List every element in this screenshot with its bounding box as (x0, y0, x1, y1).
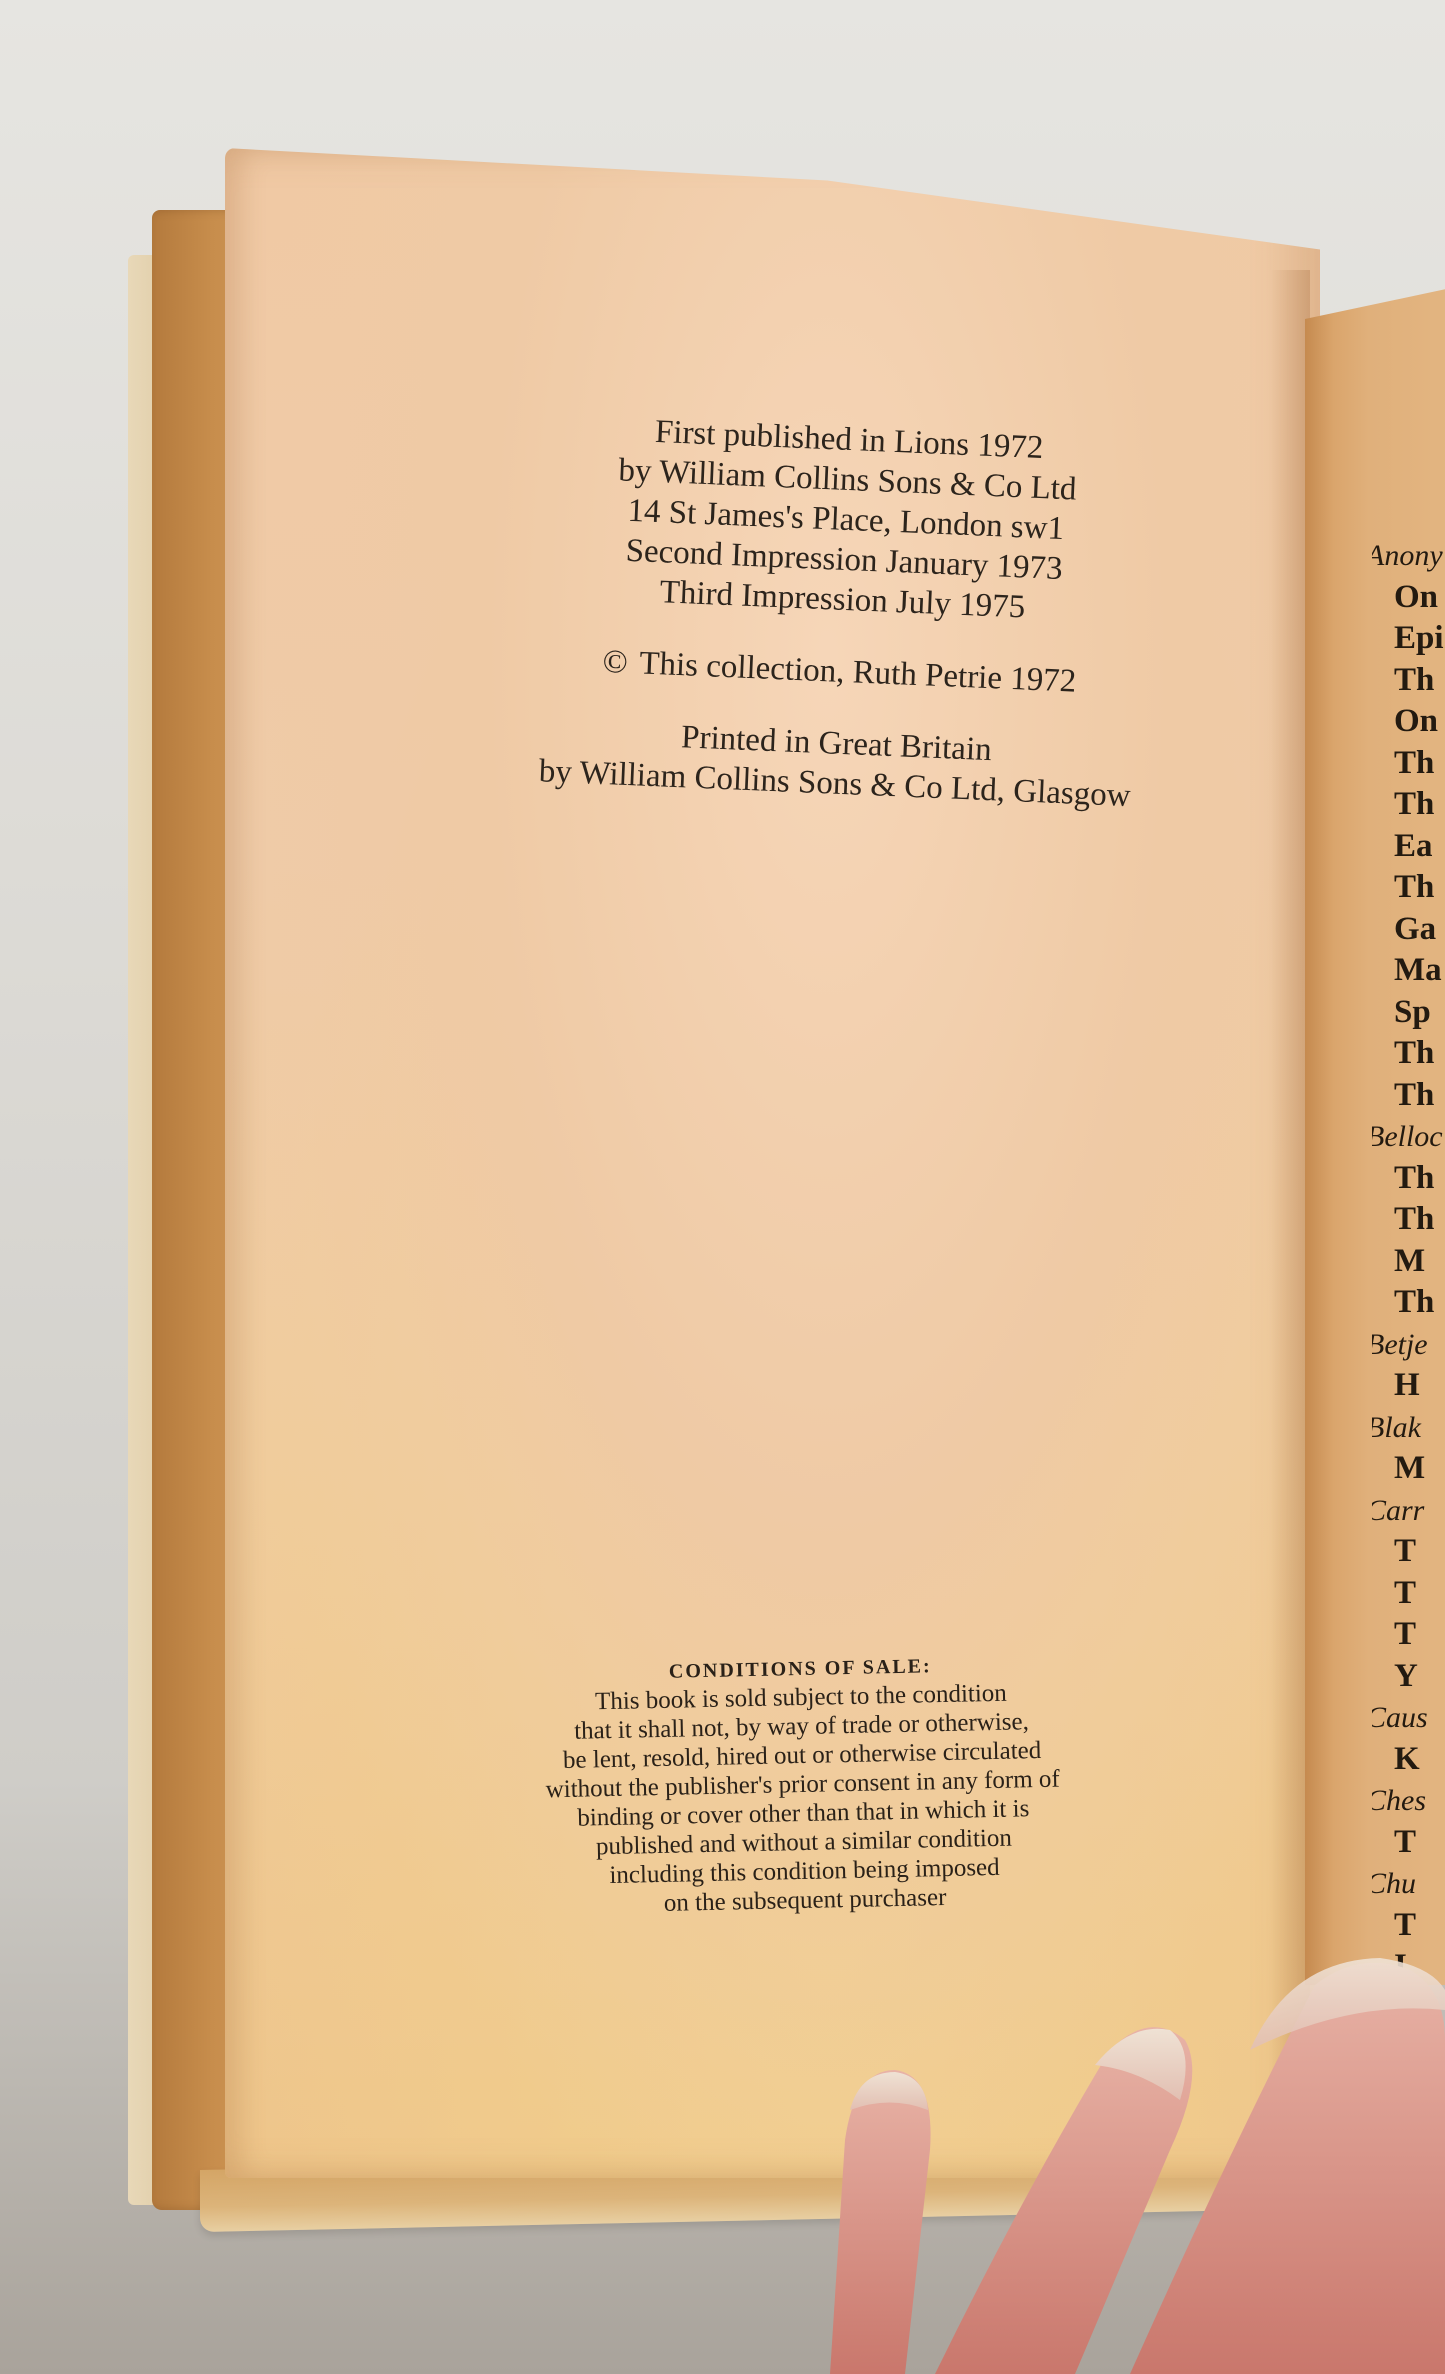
index-title: T (1394, 1614, 1445, 1656)
index-title: Th (1394, 1199, 1445, 1241)
index-title: Th (1394, 743, 1445, 785)
index-title: Th (1394, 1075, 1445, 1117)
index-title: Th (1394, 867, 1445, 909)
book-photo: First published in Lions 1972 by William… (0, 0, 1445, 2374)
gutter-shadow (1270, 270, 1310, 2170)
index-title: Th (1394, 660, 1445, 702)
index-author: Chu (1372, 1863, 1445, 1905)
index-author: Carr (1372, 1490, 1445, 1532)
right-page-index: AnonyOnEpiThOnThThEaThGaMaSpThThBellocTh… (1372, 535, 1445, 1988)
index-author: Ches (1372, 1780, 1445, 1822)
index-title: T (1394, 1905, 1445, 1947)
imprint-block: First published in Lions 1972 by William… (484, 405, 1199, 818)
index-author: Betje (1372, 1324, 1445, 1366)
index-title: Th (1394, 1282, 1445, 1324)
index-title: Ma (1394, 950, 1445, 992)
index-title: Ga (1394, 909, 1445, 951)
index-title: Th (1394, 1033, 1445, 1075)
index-title: Y (1394, 1656, 1445, 1698)
index-title: Ea (1394, 826, 1445, 868)
copyright-icon: © (602, 644, 629, 681)
index-title: Th (1394, 1158, 1445, 1200)
index-title: H (1394, 1365, 1445, 1407)
index-title: M (1394, 1241, 1445, 1283)
index-title: On (1394, 701, 1445, 743)
index-title: I (1394, 1946, 1445, 1988)
index-title: Sp (1394, 992, 1445, 1034)
index-title: K (1394, 1739, 1445, 1781)
conditions-of-sale: CONDITIONS OF SALE: This book is sold su… (420, 1647, 1185, 1923)
index-author: Anony (1372, 535, 1445, 577)
index-title: T (1394, 1573, 1445, 1615)
index-title: On (1394, 577, 1445, 619)
index-author: Blak (1372, 1407, 1445, 1449)
index-author: Caus (1372, 1697, 1445, 1739)
index-author: Belloc (1372, 1116, 1445, 1158)
index-title: T (1394, 1531, 1445, 1573)
index-title: T (1394, 1822, 1445, 1864)
index-title: M (1394, 1448, 1445, 1490)
index-title: Th (1394, 784, 1445, 826)
index-title: Epi (1394, 618, 1445, 660)
